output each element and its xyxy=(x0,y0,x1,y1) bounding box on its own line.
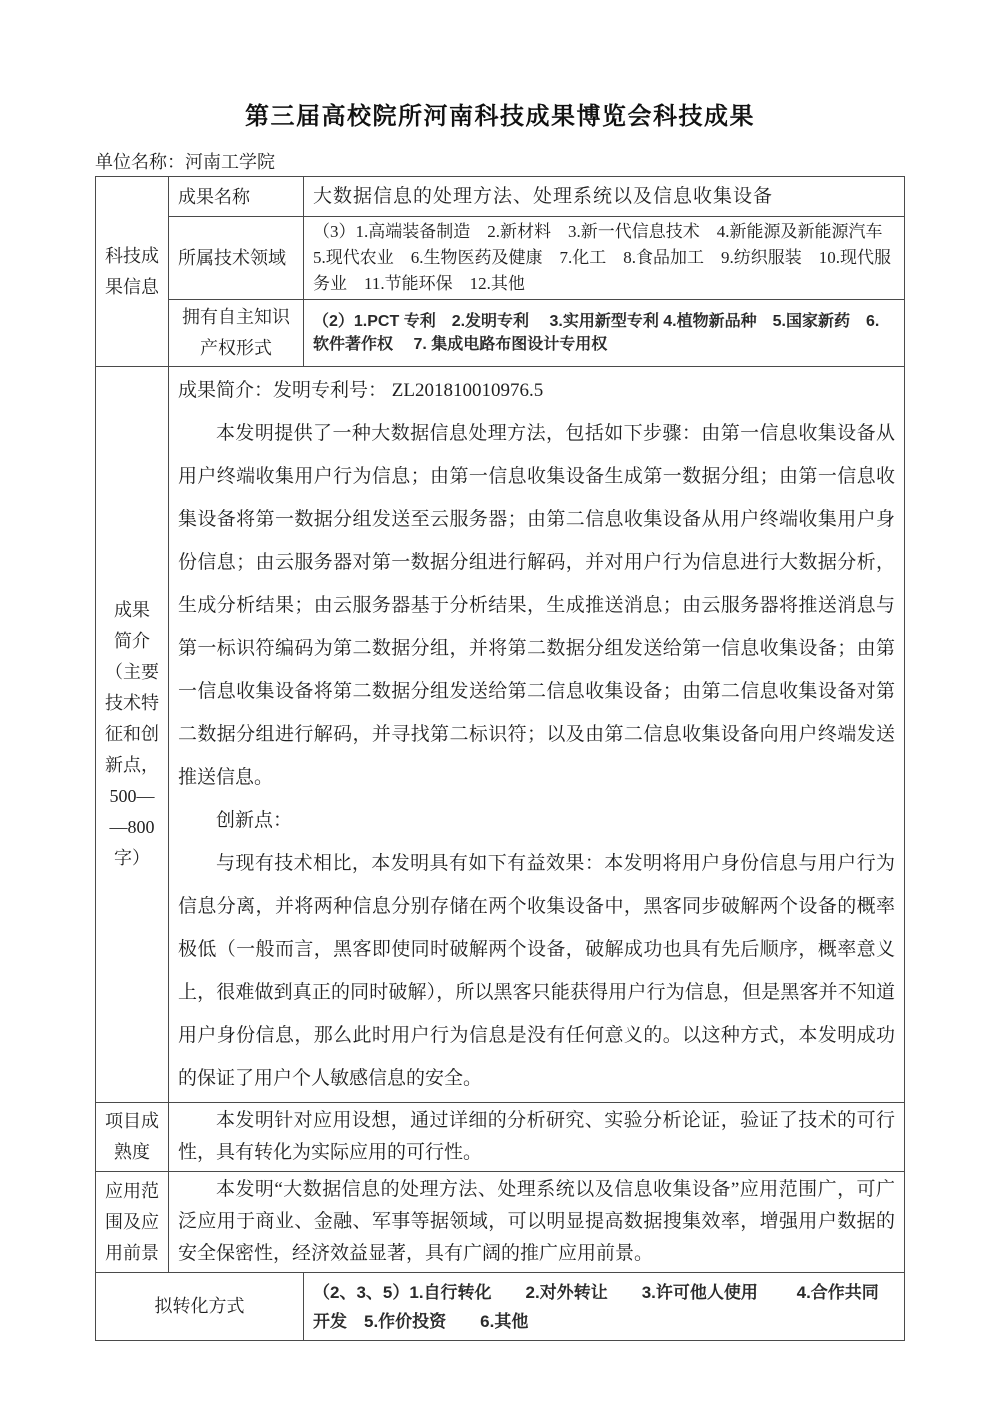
summary-paragraph-2: 与现有技术相比，本发明具有如下有益效果：本发明将用户身份信息与用户行为信息分离，… xyxy=(178,842,895,1100)
cell-transform-label: 拟转化方式 xyxy=(96,1273,304,1341)
summary-intro-line: 成果简介：发明专利号： ZL201810010976.5 xyxy=(178,369,895,412)
table-row: 拥有自主知识 产权形式 （2）1.PCT 专利 2.发明专利 3.实用新型专利 … xyxy=(96,300,905,367)
cell-tech-field-label: 所属技术领域 xyxy=(169,217,304,300)
table-row: 拟转化方式 （2、3、5）1.自行转化 2.对外转让 3.许可他人使用 4.合作… xyxy=(96,1273,905,1341)
cell-ipr-label: 拥有自主知识 产权形式 xyxy=(169,300,304,367)
summary-paragraph-1: 本发明提供了一种大数据信息处理方法，包括如下步骤：由第一信息收集设备从用户终端收… xyxy=(178,412,895,799)
cell-maturity-value: 本发明针对应用设想，通过详细的分析研究、实验分析论证，验证了技术的可行性，具有转… xyxy=(169,1103,905,1172)
table-row: 应用范 围及应 用前景 本发明“大数据信息的处理方法、处理系统以及信息收集设备”… xyxy=(96,1172,905,1273)
cell-achievement-name-label: 成果名称 xyxy=(169,177,304,217)
cell-achievement-name-value: 大数据信息的处理方法、处理系统以及信息收集设备 xyxy=(304,177,905,217)
cell-transform-value: （2、3、5）1.自行转化 2.对外转让 3.许可他人使用 4.合作共同开发 5… xyxy=(304,1273,905,1341)
table-row: 项目成 熟度 本发明针对应用设想，通过详细的分析研究、实验分析论证，验证了技术的… xyxy=(96,1103,905,1172)
cell-ipr-value: （2）1.PCT 专利 2.发明专利 3.实用新型专利 4.植物新品种 5.国家… xyxy=(304,300,905,367)
cell-group-label: 科技成 果信息 xyxy=(96,177,169,367)
cell-scope-value: 本发明“大数据信息的处理方法、处理系统以及信息收集设备”应用范围广，可广泛应用于… xyxy=(169,1172,905,1273)
unit-name-label: 单位名称： xyxy=(95,152,185,172)
summary-innovation-heading: 创新点： xyxy=(178,799,895,842)
cell-summary-label: 成果 简介 （主要 技术特 征和创 新点， 500— —800 字） xyxy=(96,367,169,1103)
table-row: 科技成 果信息 成果名称 大数据信息的处理方法、处理系统以及信息收集设备 xyxy=(96,177,905,217)
cell-summary-content: 成果简介：发明专利号： ZL201810010976.5 本发明提供了一种大数据… xyxy=(169,367,905,1103)
page-title: 第三届高校院所河南科技成果博览会科技成果 xyxy=(95,100,905,134)
table-row: 成果 简介 （主要 技术特 征和创 新点， 500— —800 字） 成果简介：… xyxy=(96,367,905,1103)
table-row: 所属技术领域 （3）1.高端装备制造 2.新材料 3.新一代信息技术 4.新能源… xyxy=(96,217,905,300)
unit-name-line: 单位名称：河南工学院 xyxy=(95,150,905,174)
cell-scope-label: 应用范 围及应 用前景 xyxy=(96,1172,169,1273)
cell-maturity-label: 项目成 熟度 xyxy=(96,1103,169,1172)
achievement-form-table: 科技成 果信息 成果名称 大数据信息的处理方法、处理系统以及信息收集设备 所属技… xyxy=(95,176,905,1341)
cell-tech-field-value: （3）1.高端装备制造 2.新材料 3.新一代信息技术 4.新能源及新能源汽车 … xyxy=(304,217,905,300)
document-page: 第三届高校院所河南科技成果博览会科技成果 单位名称：河南工学院 科技成 果信息 … xyxy=(0,0,1000,1414)
unit-name-value: 河南工学院 xyxy=(185,152,275,172)
